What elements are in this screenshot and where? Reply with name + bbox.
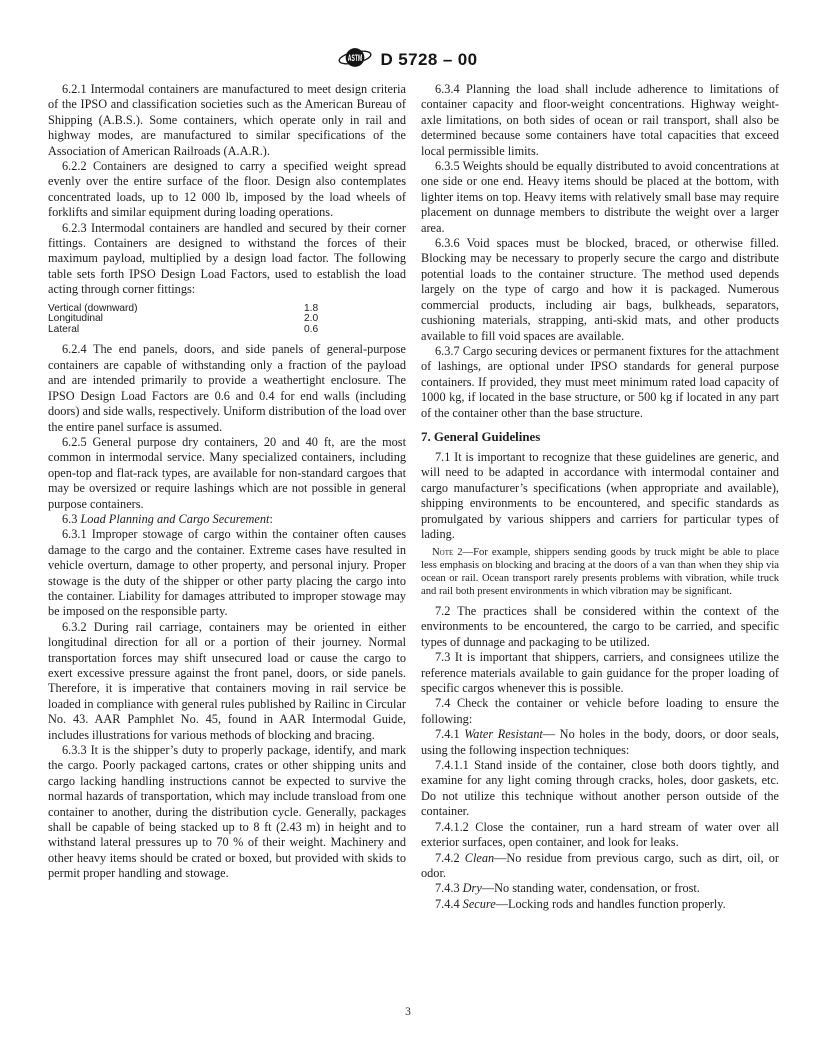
paragraph-6-3-6: 6.3.6 Void spaces must be blocked, brace… xyxy=(421,236,779,344)
paragraph-6-3-1: 6.3.1 Improper stowage of cargo within t… xyxy=(48,527,406,619)
paragraph-6-3-7: 6.3.7 Cargo securing devices or permanen… xyxy=(421,344,779,421)
load-factor-value: 0.6 xyxy=(304,325,406,336)
right-column: 6.3.4 Planning the load shall include ad… xyxy=(421,82,779,912)
text-run: 6.2.1 Intermodal containers are manufact… xyxy=(48,82,406,158)
text-run: 7.4.2 xyxy=(435,851,465,865)
document-page: ASTM D 5728 – 00 6.2.1 Intermodal contai… xyxy=(0,0,816,1056)
paragraph-6-3-3: 6.3.3 It is the shipper’s duty to proper… xyxy=(48,743,406,882)
text-run: —No standing water, condensation, or fro… xyxy=(482,881,700,895)
text-run: 6.3.1 Improper stowage of cargo within t… xyxy=(48,527,406,618)
paragraph-7-4-1: 7.4.1 Water Resistant— No holes in the b… xyxy=(421,727,779,758)
text-run: 7.4.1.2 Close the container, run a hard … xyxy=(421,820,779,849)
load-factor-value: 2.0 xyxy=(304,314,406,325)
paragraph-6-2-2: 6.2.2 Containers are designed to carry a… xyxy=(48,159,406,221)
text-run: : xyxy=(269,512,272,526)
paragraph-6-3-2: 6.3.2 During rail carriage, containers m… xyxy=(48,620,406,743)
text-run: 7.2 The practices shall be considered wi… xyxy=(421,604,779,649)
text-run: 6.3.4 Planning the load shall include ad… xyxy=(421,82,779,158)
paragraph-6-2-1: 6.2.1 Intermodal containers are manufact… xyxy=(48,82,406,159)
text-run: 7.3 It is important that shippers, carri… xyxy=(421,650,779,695)
paragraph-6-3-4: 6.3.4 Planning the load shall include ad… xyxy=(421,82,779,159)
text-run: 6.3.2 During rail carriage, containers m… xyxy=(48,620,406,742)
text-run: 7.4.3 xyxy=(435,881,463,895)
paragraph-7-3: 7.3 It is important that shippers, carri… xyxy=(421,650,779,696)
paragraph-7-4-1-1: 7.4.1.1 Stand inside of the container, c… xyxy=(421,758,779,820)
svg-text:ASTM: ASTM xyxy=(348,53,362,63)
paragraph-7-4: 7.4 Check the container or vehicle befor… xyxy=(421,696,779,727)
paragraph-6-2-5: 6.2.5 General purpose dry containers, 20… xyxy=(48,435,406,512)
italic-text-run: Dry xyxy=(463,881,482,895)
paragraph-7-2: 7.2 The practices shall be considered wi… xyxy=(421,604,779,650)
text-run: 2—For example, shippers sending goods by… xyxy=(421,547,779,597)
document-code: D 5728 – 00 xyxy=(380,50,477,70)
italic-text-run: Clean xyxy=(465,851,494,865)
smallcaps-text-run: Note xyxy=(432,547,453,558)
text-run: 7. General Guidelines xyxy=(421,430,540,444)
left-column: 6.2.1 Intermodal containers are manufact… xyxy=(48,82,406,912)
text-run: 7.4.1.1 Stand inside of the container, c… xyxy=(421,758,779,818)
paragraph-6-3-5: 6.3.5 Weights should be equally distribu… xyxy=(421,159,779,236)
page-number: 3 xyxy=(405,1006,411,1018)
page-footer: 3 xyxy=(0,1006,816,1018)
page-header: ASTM D 5728 – 00 xyxy=(0,44,816,76)
paragraph-6-2-3: 6.2.3 Intermodal containers are handled … xyxy=(48,221,406,298)
load-factor-label: Lateral xyxy=(48,325,304,336)
text-run: 6.3.6 Void spaces must be blocked, brace… xyxy=(421,236,779,342)
text-run: —Locking rods and handles function prope… xyxy=(496,897,726,911)
paragraph-7-4-2: 7.4.2 Clean—No residue from previous car… xyxy=(421,851,779,882)
load-factor-label: Longitudinal xyxy=(48,314,304,325)
load-factor-row: Lateral0.6 xyxy=(48,325,406,336)
paragraph-7-4-4: 7.4.4 Secure—Locking rods and handles fu… xyxy=(421,897,779,912)
text-run: 7.1 It is important to recognize that th… xyxy=(421,450,779,541)
text-run: 6.3 xyxy=(62,512,80,526)
italic-text-run: Water Resistant xyxy=(464,727,543,741)
design-load-factors-table: Vertical (downward)1.8Longitudinal2.0Lat… xyxy=(48,304,406,336)
load-factor-value: 1.8 xyxy=(304,304,406,315)
italic-text-run: Load Planning and Cargo Securement xyxy=(80,512,269,526)
paragraph-7-4-3: 7.4.3 Dry—No standing water, condensatio… xyxy=(421,881,779,896)
italic-text-run: Secure xyxy=(463,897,496,911)
section-heading-7: 7. General Guidelines xyxy=(421,430,779,445)
paragraph-7-4-1-2: 7.4.1.2 Close the container, run a hard … xyxy=(421,820,779,851)
document-body: 6.2.1 Intermodal containers are manufact… xyxy=(48,82,780,912)
text-run: 6.2.5 General purpose dry containers, 20… xyxy=(48,435,406,511)
text-run: 6.3.3 It is the shipper’s duty to proper… xyxy=(48,743,406,880)
text-run: 7.4.4 xyxy=(435,897,463,911)
text-run: 6.3.7 Cargo securing devices or permanen… xyxy=(421,344,779,420)
astm-seal-icon: ASTM xyxy=(338,44,372,76)
text-run: 6.2.4 The end panels, doors, and side pa… xyxy=(48,342,406,433)
paragraph-7-1: 7.1 It is important to recognize that th… xyxy=(421,450,779,542)
note-2: Note 2—For example, shippers sending goo… xyxy=(421,547,779,599)
text-run: 7.4 Check the container or vehicle befor… xyxy=(421,696,779,725)
text-run: 6.2.2 Containers are designed to carry a… xyxy=(48,159,406,219)
text-run: 7.4.1 xyxy=(435,727,464,741)
paragraph-6-3: 6.3 Load Planning and Cargo Securement: xyxy=(48,512,406,527)
paragraph-6-2-4: 6.2.4 The end panels, doors, and side pa… xyxy=(48,342,406,434)
text-run: 6.3.5 Weights should be equally distribu… xyxy=(421,159,779,235)
text-run: 6.2.3 Intermodal containers are handled … xyxy=(48,221,406,297)
load-factor-row: Longitudinal2.0 xyxy=(48,314,406,325)
